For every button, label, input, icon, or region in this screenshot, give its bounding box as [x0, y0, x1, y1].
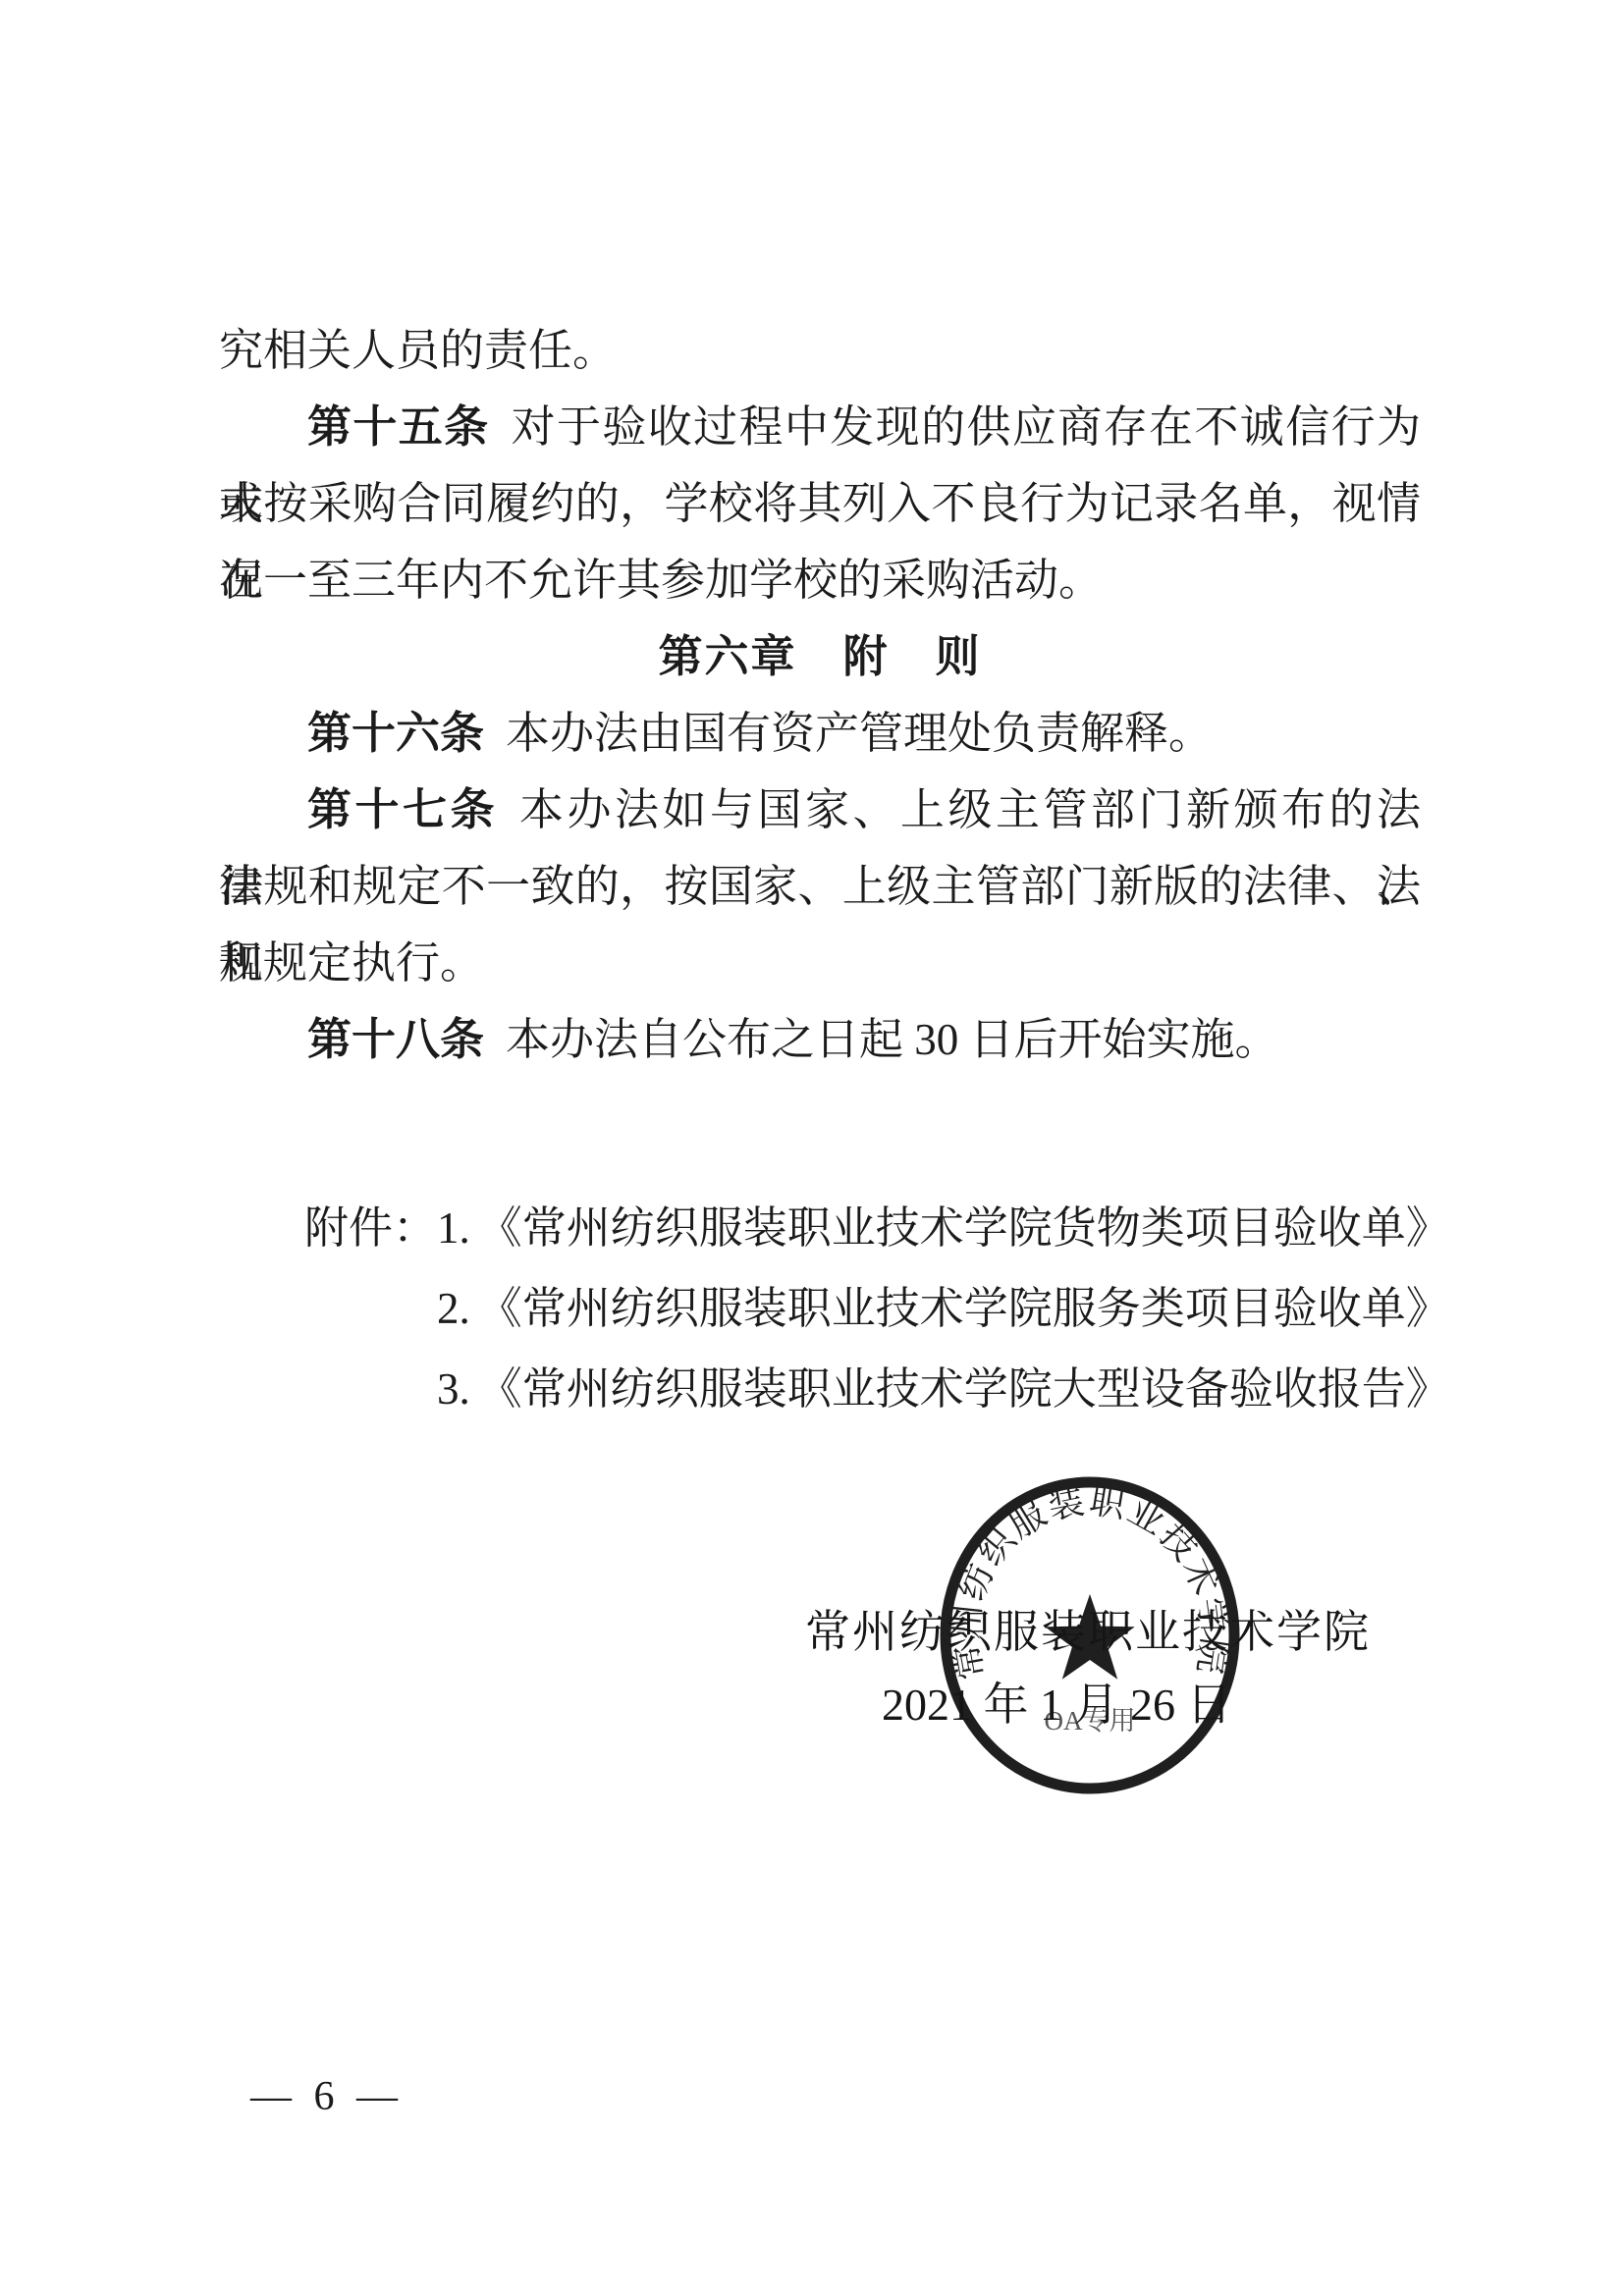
line-text: 本办法自公布之日起 30 日后开始实施。 [506, 1015, 1279, 1064]
article-line: 第十六条本办法由国有资产管理处负责解释。 [219, 695, 1421, 772]
article-number: 第十五条 [307, 402, 490, 452]
attachment-item-number: 1. [437, 1203, 470, 1253]
article-number: 第十八条 [307, 1015, 484, 1064]
signature-organization: 常州纺织服装职业技术学院 [805, 1596, 1371, 1661]
document-page: 究相关人员的责任。 第十五条对于验收过程中发现的供应商存在不诚信行为或 未按采购… [0, 0, 1624, 2296]
text-line: 和规定执行。 [219, 925, 1421, 1001]
text-line: 法规和规定不一致的，按国家、上级主管部门新版的法律、法规 [219, 848, 1421, 925]
signature-date: 2021 年 1 月 26 日 [882, 1669, 1232, 1734]
document-body: 究相关人员的责任。 第十五条对于验收过程中发现的供应商存在不诚信行为或 未按采购… [219, 312, 1421, 1078]
attachment-item-title: 《常州纺织服装职业技术学院货物类项目验收单》 [478, 1203, 1450, 1253]
attachment-item-title: 《常州纺织服装职业技术学院大型设备验收报告》 [478, 1364, 1450, 1414]
attachment-item: 附件：1.《常州纺织服装职业技术学院货物类项目验收单》 [304, 1192, 1483, 1272]
attachment-item: 2.《常州纺织服装职业技术学院服务类项目验收单》 [304, 1272, 1483, 1353]
line-text: 本办法由国有资产管理处负责解释。 [506, 709, 1213, 758]
attachment-item-number: 2. [437, 1284, 470, 1333]
article-line: 第十七条本办法如与国家、上级主管部门新颁布的法律、 [219, 772, 1421, 848]
article-number: 第十六条 [307, 709, 484, 758]
attachment-label: 附件： [304, 1192, 437, 1255]
article-line: 第十五条对于验收过程中发现的供应商存在不诚信行为或 [219, 389, 1421, 465]
text-line: 在一至三年内不允许其参加学校的采购活动。 [219, 542, 1421, 618]
page-number: — 6 — [250, 2073, 404, 2120]
text-line: 究相关人员的责任。 [219, 312, 1421, 389]
chapter-heading-text: 第六章 附 则 [658, 632, 981, 681]
attachment-item-title: 《常州纺织服装职业技术学院服务类项目验收单》 [478, 1284, 1450, 1333]
text-line: 未按采购合同履约的，学校将其列入不良行为记录名单，视情况 [219, 465, 1421, 542]
chapter-heading: 第六章 附 则 [219, 618, 1421, 695]
attachment-item: 3.《常州纺织服装职业技术学院大型设备验收报告》 [304, 1353, 1483, 1433]
attachment-item-number: 3. [437, 1364, 470, 1414]
line-text: 和规定执行。 [219, 938, 484, 988]
line-text: 在一至三年内不允许其参加学校的采购活动。 [219, 556, 1103, 605]
line-text: 究相关人员的责任。 [219, 326, 617, 375]
attachment-list: 附件：1.《常州纺织服装职业技术学院货物类项目验收单》 2.《常州纺织服装职业技… [304, 1192, 1483, 1433]
article-number: 第十七条 [307, 785, 498, 834]
article-line: 第十八条本办法自公布之日起 30 日后开始实施。 [219, 1001, 1421, 1078]
